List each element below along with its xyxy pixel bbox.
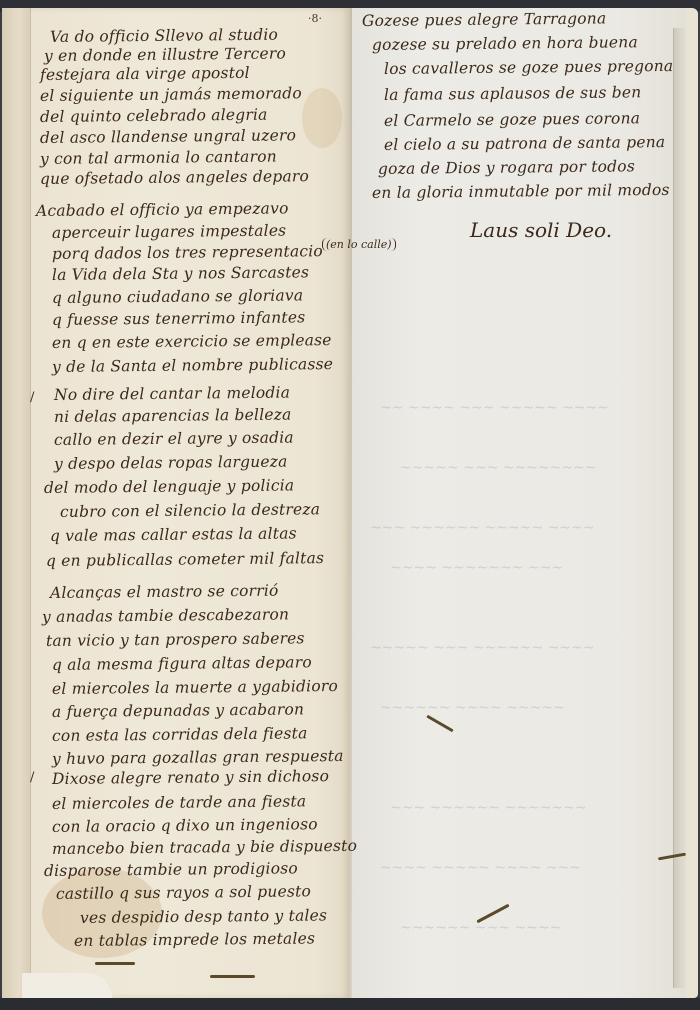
text-line: la fama sus aplausos de sus ben (384, 83, 642, 104)
text-line: los cavalleros se goze pues pregona (384, 57, 674, 78)
text-line: castillo q sus rayos a sol puesto (56, 882, 311, 903)
ghost-line: ~~~~~~ ~~~ ~~~~ (400, 920, 561, 936)
text-line: q fuesse sus tenerrimo infantes (52, 308, 306, 329)
text-line: el miercoles la muerte a ygabidioro (52, 677, 338, 698)
text-line: q en publicallas cometer mil faltas (46, 549, 324, 570)
page-edge (673, 28, 686, 988)
text-line: y en donde en illustre Tercero (44, 44, 286, 65)
text-line: porq dados los tres representacio (52, 242, 323, 263)
text-line: el cielo a su patrona de santa pena (384, 133, 666, 154)
paper-stain (302, 88, 342, 148)
text-line: Va do officio Sllevo al studio (50, 26, 278, 46)
text-line: tan vicio y tan prospero saberes (46, 629, 305, 650)
marginal-note: (en lo calle) (322, 238, 396, 251)
text-line: callo en dezir el ayre y osadia (54, 428, 294, 449)
text-line: No dire del cantar la melodia (54, 384, 290, 404)
text-line: Dixose alegre renato y sin dichoso (52, 767, 329, 788)
text-line: y de la Santa el nombre publicasse (52, 355, 333, 376)
text-line: Alcanças el mastro se corrió (50, 582, 279, 602)
text-line: en q en este exercicio se emplease (52, 331, 332, 352)
ghost-line: ~~~~~~ ~~~~ ~~~~~ (380, 700, 565, 716)
ghost-line: ~~~~~ ~~~ ~~~~~~~~ (400, 460, 597, 476)
scanner-background-bottom (0, 998, 700, 1010)
ghost-line: ~~ ~~~~ ~~~ ~~~~~ ~~~~ (380, 400, 609, 416)
margin-mark: / (30, 770, 34, 785)
ghost-line: ~~~~~ ~~~ ~~~~~~ ~~~~ (370, 640, 595, 656)
text-line: y huvo para gozallas gran respuesta (52, 747, 344, 768)
page-number: ·8· (308, 12, 322, 25)
ghost-line: ~~~ ~~~~~~ ~~~~~~~ (390, 800, 587, 816)
text-line: q alguno ciudadano se gloriava (52, 286, 303, 307)
text-line: y anadas tambie descabezaron (42, 605, 289, 626)
right-page (350, 8, 686, 998)
text-line: la Vida dela Sta y nos Sarcastes (52, 263, 309, 284)
text-line: cubro con el silencio la destreza (60, 500, 320, 521)
text-line: q vale mas callar estas la altas (50, 524, 297, 545)
text-line: con la oracio q dixo un ingenioso (52, 815, 318, 836)
text-line: mancebo bien tracada y bie dispuesto (52, 837, 357, 858)
text-line: disparose tambie un prodigioso (44, 859, 298, 880)
text-line: del quinto celebrado alegria (40, 106, 268, 126)
torn-corner (22, 973, 112, 998)
text-line: del modo del lenguaje y policia (44, 476, 294, 497)
ghost-line: ~~~~ ~~~~~ ~~~~ ~~~ (380, 860, 581, 876)
text-line: festejara ala virge apostol (40, 64, 250, 84)
debris-mark (95, 962, 135, 965)
ghost-line: ~~~ ~~~~~~ ~~~~~ ~~~~ (370, 520, 595, 536)
text-line: el siguiente un jamás memorado (40, 84, 302, 105)
binding-edge (2, 8, 31, 998)
text-line: Acabado el officio ya empezavo (36, 199, 289, 220)
margin-mark: / (30, 390, 34, 405)
text-line: Gozese pues alegre Tarragona (362, 9, 607, 30)
text-line: el Carmelo se goze pues corona (384, 109, 640, 130)
text-line: a fuerça depunadas y acabaron (52, 700, 304, 721)
text-line: q ala mesma figura altas deparo (52, 653, 312, 674)
text-line: con esta las corridas dela fiesta (52, 724, 308, 745)
text-line: y con tal armonia lo cantaron (40, 148, 277, 168)
text-line: aperceuir lugares impestales (52, 222, 286, 242)
text-line: gozese su prelado en hora buena (372, 33, 638, 54)
ghost-line: ~~~~ ~~~~~~~ ~~~ (390, 560, 563, 576)
text-line: goza de Dios y rogara por todos (378, 157, 635, 178)
text-line: ni delas aparencias la belleza (54, 406, 292, 426)
text-line: en la gloria inmutable por mil modos (372, 181, 670, 202)
closing-signature: Laus soli Deo. (470, 218, 612, 242)
text-line: ves despidio desp tanto y tales (80, 906, 327, 927)
text-line: que ofsetado alos angeles deparo (40, 167, 309, 188)
text-line: el miercoles de tarde ana fiesta (52, 792, 307, 813)
text-line: y despo delas ropas largueza (54, 453, 288, 473)
debris-mark (210, 975, 255, 978)
text-line: del asco llandense ungral uzero (40, 126, 296, 147)
text-line: en tablas imprede los metales (74, 929, 315, 950)
